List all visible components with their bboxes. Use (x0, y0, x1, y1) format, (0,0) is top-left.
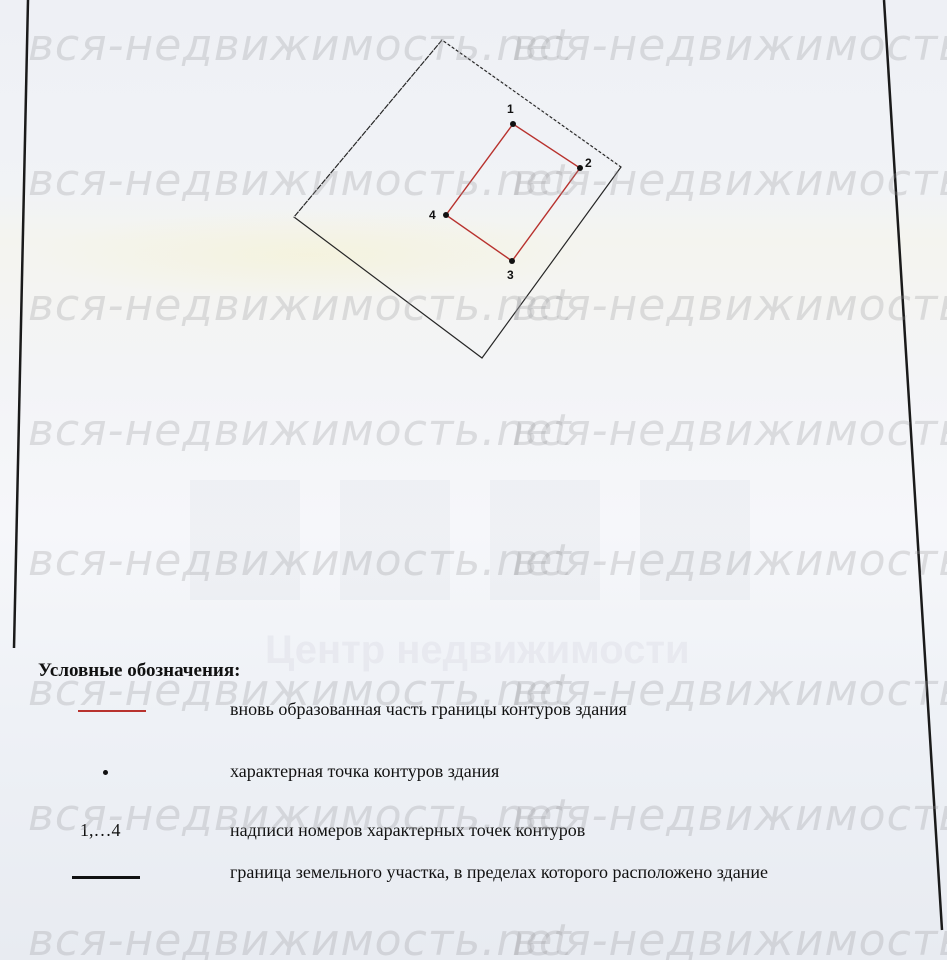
red-line-symbol (78, 710, 146, 712)
point-4-dot (443, 212, 449, 218)
legend-item-text: характерная точка контуров здания (230, 761, 499, 782)
point-4-label: 4 (429, 208, 436, 222)
legend-item-text: граница земельного участка, в пределах к… (230, 862, 768, 883)
dot-symbol (103, 770, 108, 775)
black-line-symbol (72, 876, 140, 879)
legend-item-point: характерная точка контуров здания (0, 758, 947, 788)
point-3-label: 3 (507, 268, 514, 282)
legend-title: Условные обозначения: (38, 660, 240, 682)
legend-item-new-boundary: вновь образованная часть границы контуро… (0, 696, 947, 726)
point-1-dot (510, 121, 516, 127)
legend-item-text: вновь образованная часть границы контуро… (230, 699, 627, 720)
point-2-dot (577, 165, 583, 171)
building-contour (446, 124, 580, 261)
building-scheme: 1 2 3 4 (0, 0, 947, 960)
legend-item-text: надписи номеров характерных точек контур… (230, 820, 585, 841)
point-1-label: 1 (507, 102, 514, 116)
legend-item-number-labels: 1,…4 надписи номеров характерных точек к… (0, 818, 947, 848)
point-2-label: 2 (585, 156, 592, 170)
point-3-dot (509, 258, 515, 264)
legend-item-parcel-boundary: граница земельного участка, в пределах к… (0, 862, 947, 892)
number-label-symbol: 1,…4 (80, 820, 121, 841)
